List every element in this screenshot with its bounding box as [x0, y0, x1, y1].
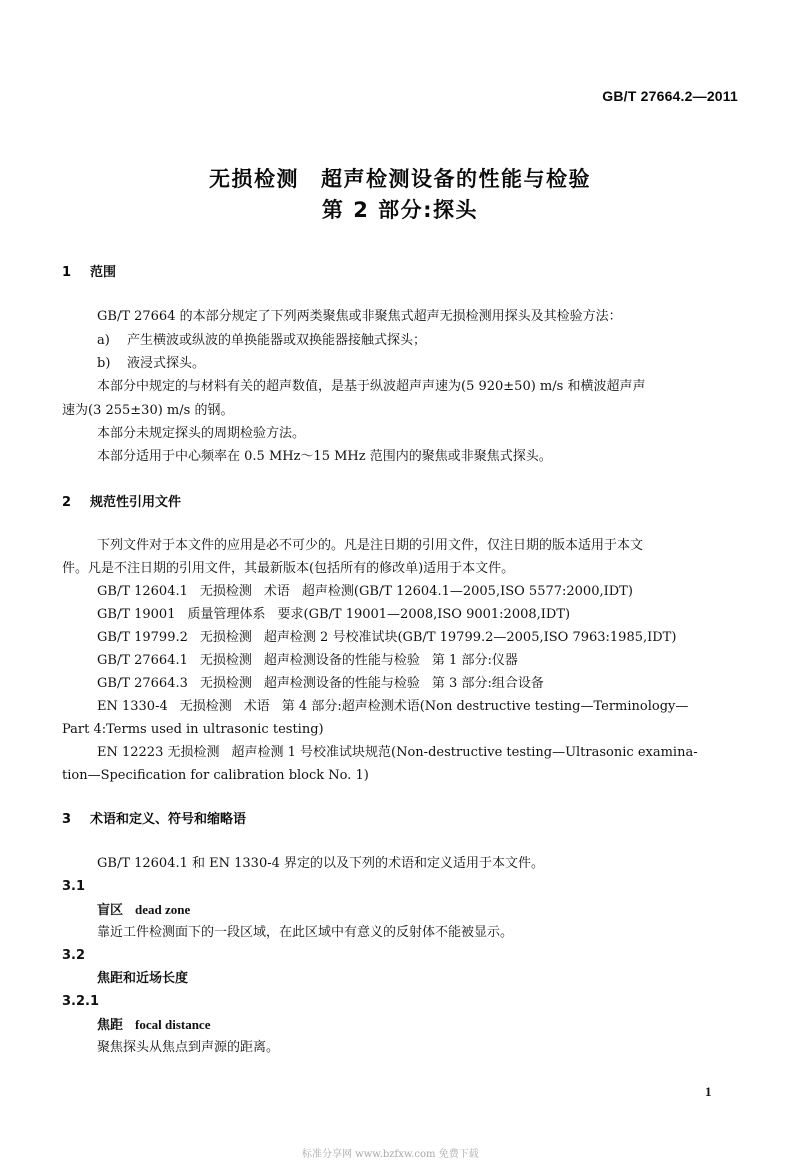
list-text: 液浸式探头。	[127, 356, 205, 371]
title-part-1: 无损检测	[209, 167, 299, 191]
term-definition-focal-distance: 聚焦探头从焦点到声源的距离。	[97, 1040, 279, 1056]
reference-title: 质量管理体系	[187, 607, 265, 622]
frequency-paragraph: 本部分适用于中心频率在 0.5 MHz～15 MHz 范围内的聚焦或非聚焦式探头…	[97, 449, 552, 465]
section-3-heading: 3术语和定义、符号和缩略语	[62, 812, 246, 828]
reference-en-1330-4-line-1: EN 1330-4无损检测术语第 4 部分:超声检测术语(Non destruc…	[97, 699, 688, 715]
list-item-a: a)产生横波或纵波的单换能器或双换能器接触式探头；	[97, 333, 426, 349]
reference-code: GB/T 19799.2	[97, 630, 188, 646]
document-title: 无损检测超声检测设备的性能与检验	[0, 163, 800, 193]
reference-title: 第 1 部分:仪器	[432, 653, 518, 668]
term-title-focal-near-field: 焦距和近场长度	[97, 971, 188, 987]
list-label: a)	[97, 333, 127, 349]
section-number: 2	[62, 495, 90, 511]
reference-gbt-19799-2: GB/T 19799.2无损检测超声检测 2 号校准试块(GB/T 19799.…	[97, 630, 676, 646]
reference-title: 超声检测 2 号校准试块(GB/T 19799.2—2005,ISO 7963:…	[264, 630, 677, 645]
section-2-intro-line-2: 件。凡是不注日期的引用文件，其最新版本(包括所有的修改单)适用于本文件。	[62, 561, 514, 577]
section-3-intro: GB/T 12604.1 和 EN 1330-4 界定的以及下列的术语和定义适用…	[97, 856, 544, 872]
term-number-3-2: 3.2	[62, 948, 85, 964]
reference-title: 超声检测设备的性能与检验	[264, 676, 420, 691]
reference-gbt-12604-1: GB/T 12604.1无损检测术语超声检测(GB/T 12604.1—2005…	[97, 584, 633, 600]
reference-code: GB/T 27664.1	[97, 653, 188, 669]
reference-en-12223-line-2: tion—Specification for calibration block…	[62, 768, 369, 784]
reference-code: GB/T 27664.3	[97, 676, 188, 692]
term-title-en: dead zone	[135, 902, 190, 917]
reference-title: 无损检测	[200, 584, 252, 599]
reference-title: 术语	[244, 699, 270, 714]
section-1-heading: 1范围	[62, 265, 116, 281]
reference-title: 超声检测(GB/T 12604.1—2005,ISO 5577:2000,IDT…	[302, 584, 633, 599]
periodic-paragraph: 本部分未规定探头的周期检验方法。	[97, 426, 305, 442]
reference-code: GB/T 12604.1	[97, 584, 188, 600]
velocity-paragraph-line-1: 本部分中规定的与材料有关的超声数值，是基于纵波超声声速为(5 920±50) m…	[97, 379, 645, 395]
term-title-zh: 焦距	[97, 1018, 123, 1033]
section-2-heading: 2规范性引用文件	[62, 495, 181, 511]
reference-title: 无损检测	[180, 699, 232, 714]
list-text: 产生横波或纵波的单换能器或双换能器接触式探头；	[127, 333, 426, 348]
velocity-paragraph-line-2: 速为(3 255±30) m/s 的钢。	[62, 403, 233, 419]
reference-en-1330-4-line-2: Part 4:Terms used in ultrasonic testing)	[62, 722, 324, 738]
section-2-intro-line-1: 下列文件对于本文件的应用是必不可少的。凡是注日期的引用文件，仅注日期的版本适用于…	[97, 538, 643, 554]
page-number: 1	[705, 1084, 712, 1100]
section-number: 3	[62, 812, 90, 828]
term-title-zh: 盲区	[97, 903, 123, 918]
reference-gbt-27664-3: GB/T 27664.3无损检测超声检测设备的性能与检验第 3 部分:组合设备	[97, 676, 544, 692]
list-label: b)	[97, 356, 127, 372]
term-title-zh: 焦距和近场长度	[97, 971, 188, 986]
standard-code: GB/T 27664.2—2011	[602, 88, 738, 104]
section-title: 范围	[90, 265, 116, 280]
reference-title: 无损检测	[200, 676, 252, 691]
term-title-dead-zone: 盲区dead zone	[97, 902, 190, 919]
section-1-intro: GB/T 27664 的本部分规定了下列两类聚焦或非聚焦式超声无损检测用探头及其…	[97, 309, 622, 325]
document-subtitle: 第 2 部分:探头	[0, 194, 800, 224]
reference-code: EN 1330-4	[97, 699, 168, 715]
reference-title: 术语	[264, 584, 290, 599]
reference-title: 第 4 部分:超声检测术语(Non destructive testing—Te…	[282, 699, 689, 714]
reference-gbt-19001: GB/T 19001质量管理体系要求(GB/T 19001—2008,ISO 9…	[97, 607, 570, 623]
reference-title: 第 3 部分:组合设备	[432, 676, 544, 691]
section-title: 术语和定义、符号和缩略语	[90, 812, 246, 827]
reference-gbt-27664-1: GB/T 27664.1无损检测超声检测设备的性能与检验第 1 部分:仪器	[97, 653, 518, 669]
reference-title: 要求(GB/T 19001—2008,ISO 9001:2008,IDT)	[278, 607, 571, 622]
section-title: 规范性引用文件	[90, 495, 181, 510]
term-definition-dead-zone: 靠近工件检测面下的一段区域，在此区域中有意义的反射体不能被显示。	[97, 925, 513, 941]
section-number: 1	[62, 265, 90, 281]
watermark: 标准分享网 www.bzfxw.com 免费下载	[302, 1145, 479, 1160]
reference-title: 无损检测	[200, 630, 252, 645]
document-page: GB/T 27664.2—2011 无损检测超声检测设备的性能与检验 第 2 部…	[0, 0, 800, 1168]
reference-en-12223-line-1: EN 12223 无损检测超声检测 1 号校准试块规范(Non-destruct…	[97, 745, 698, 761]
reference-title: 无损检测	[200, 653, 252, 668]
term-number-3-1: 3.1	[62, 879, 85, 895]
reference-title: EN 12223 无损检测	[97, 745, 220, 760]
title-part-2: 超声检测设备的性能与检验	[321, 167, 591, 191]
term-title-en: focal distance	[135, 1017, 210, 1032]
term-number-3-2-1: 3.2.1	[62, 994, 99, 1010]
reference-title: 超声检测设备的性能与检验	[264, 653, 420, 668]
reference-code: GB/T 19001	[97, 607, 175, 623]
reference-title: 超声检测 1 号校准试块规范(Non-destructive testing—U…	[232, 745, 698, 760]
list-item-b: b)液浸式探头。	[97, 356, 205, 372]
term-title-focal-distance: 焦距focal distance	[97, 1017, 210, 1034]
